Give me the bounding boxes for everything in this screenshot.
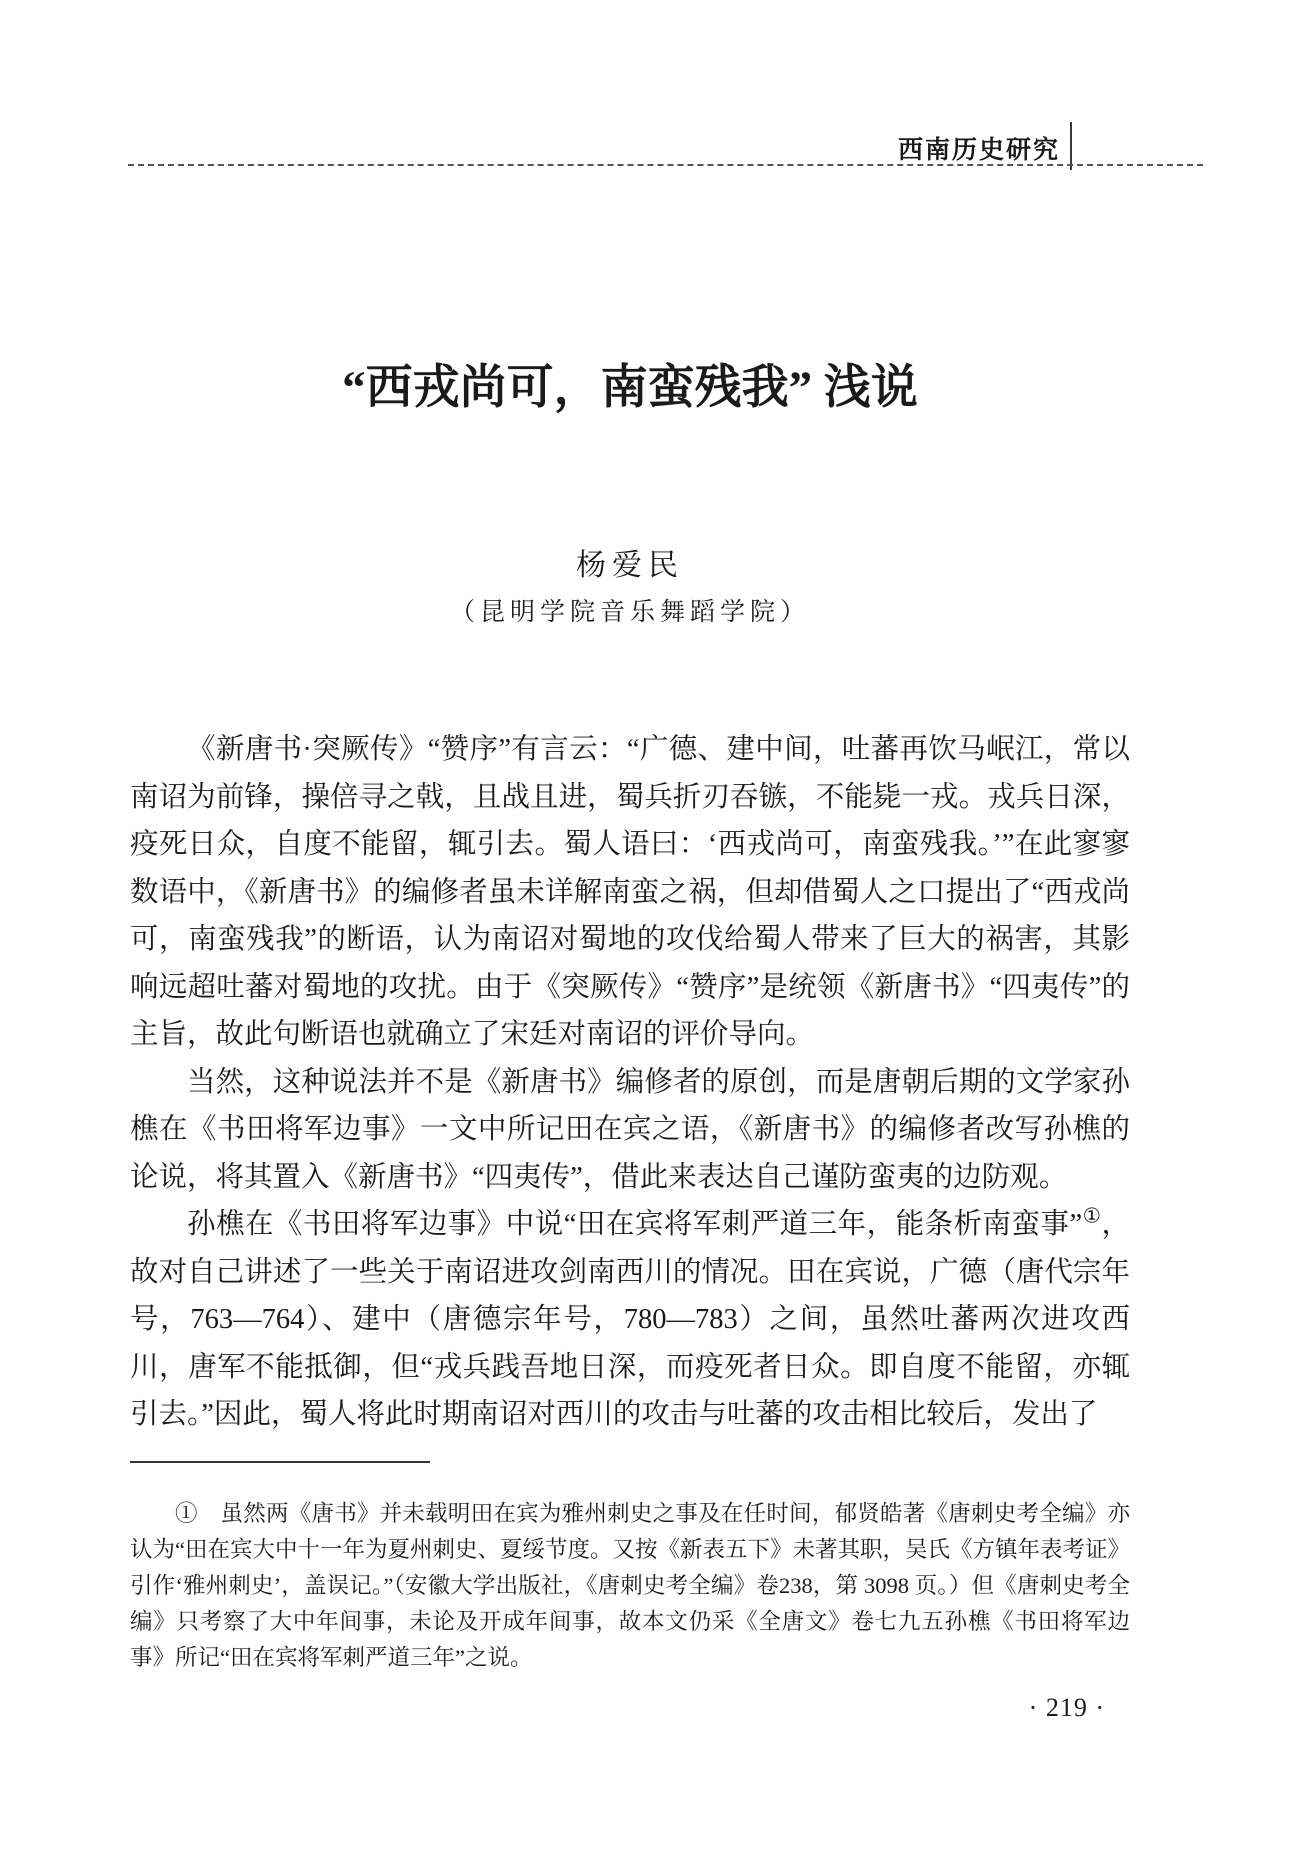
footnote-reference-marker: ① [1082,1206,1101,1228]
paragraph-3-text: 孙樵在《书田将军边事》中说“田在宾将军刺严道三年，能条析南蛮事” [187,1209,1082,1240]
page-number: · 219 · [130,1693,1105,1723]
header-vertical-rule [1070,122,1072,170]
article-body: 《新唐书·突厥传》“赞序”有言云：“广德、建中间，吐蕃再饮马岷江，常以南诏为前锋… [130,726,1130,1439]
footnote-separator-rule [130,1461,430,1463]
paragraph-1: 《新唐书·突厥传》“赞序”有言云：“广德、建中间，吐蕃再饮马岷江，常以南诏为前锋… [130,726,1130,1059]
footnote-text: ① 虽然两《唐书》并未载明田在宾为雅州刺史之事及在任时间，郁贤皓著《唐刺史考全编… [130,1496,1130,1676]
article-author: 杨爱民 [130,540,1130,584]
journal-section-header: 西南历史研究 [898,130,1060,166]
article-title: “西戎尚可，南蛮残我” 浅说 [130,350,1130,417]
paragraph-2: 当然，这种说法并不是《新唐书》编修者的原创，而是唐朝后期的文学家孙樵在《书田将军… [130,1059,1130,1202]
document-page: 西南历史研究 “西戎尚可，南蛮残我” 浅说 杨爱民 （昆明学院音乐舞蹈学院） 《… [0,0,1307,1859]
author-affiliation: （昆明学院音乐舞蹈学院） [130,592,1130,628]
paragraph-3: 孙樵在《书田将军边事》中说“田在宾将军刺严道三年，能条析南蛮事”①，故对自己讲述… [130,1201,1130,1439]
paragraph-3-continuation: ，故对自己讲述了一些关于南诏进攻剑南西川的情况。田在宾说，广德（唐代宗年号，76… [130,1209,1130,1430]
header-dashed-rule [128,164,1203,166]
